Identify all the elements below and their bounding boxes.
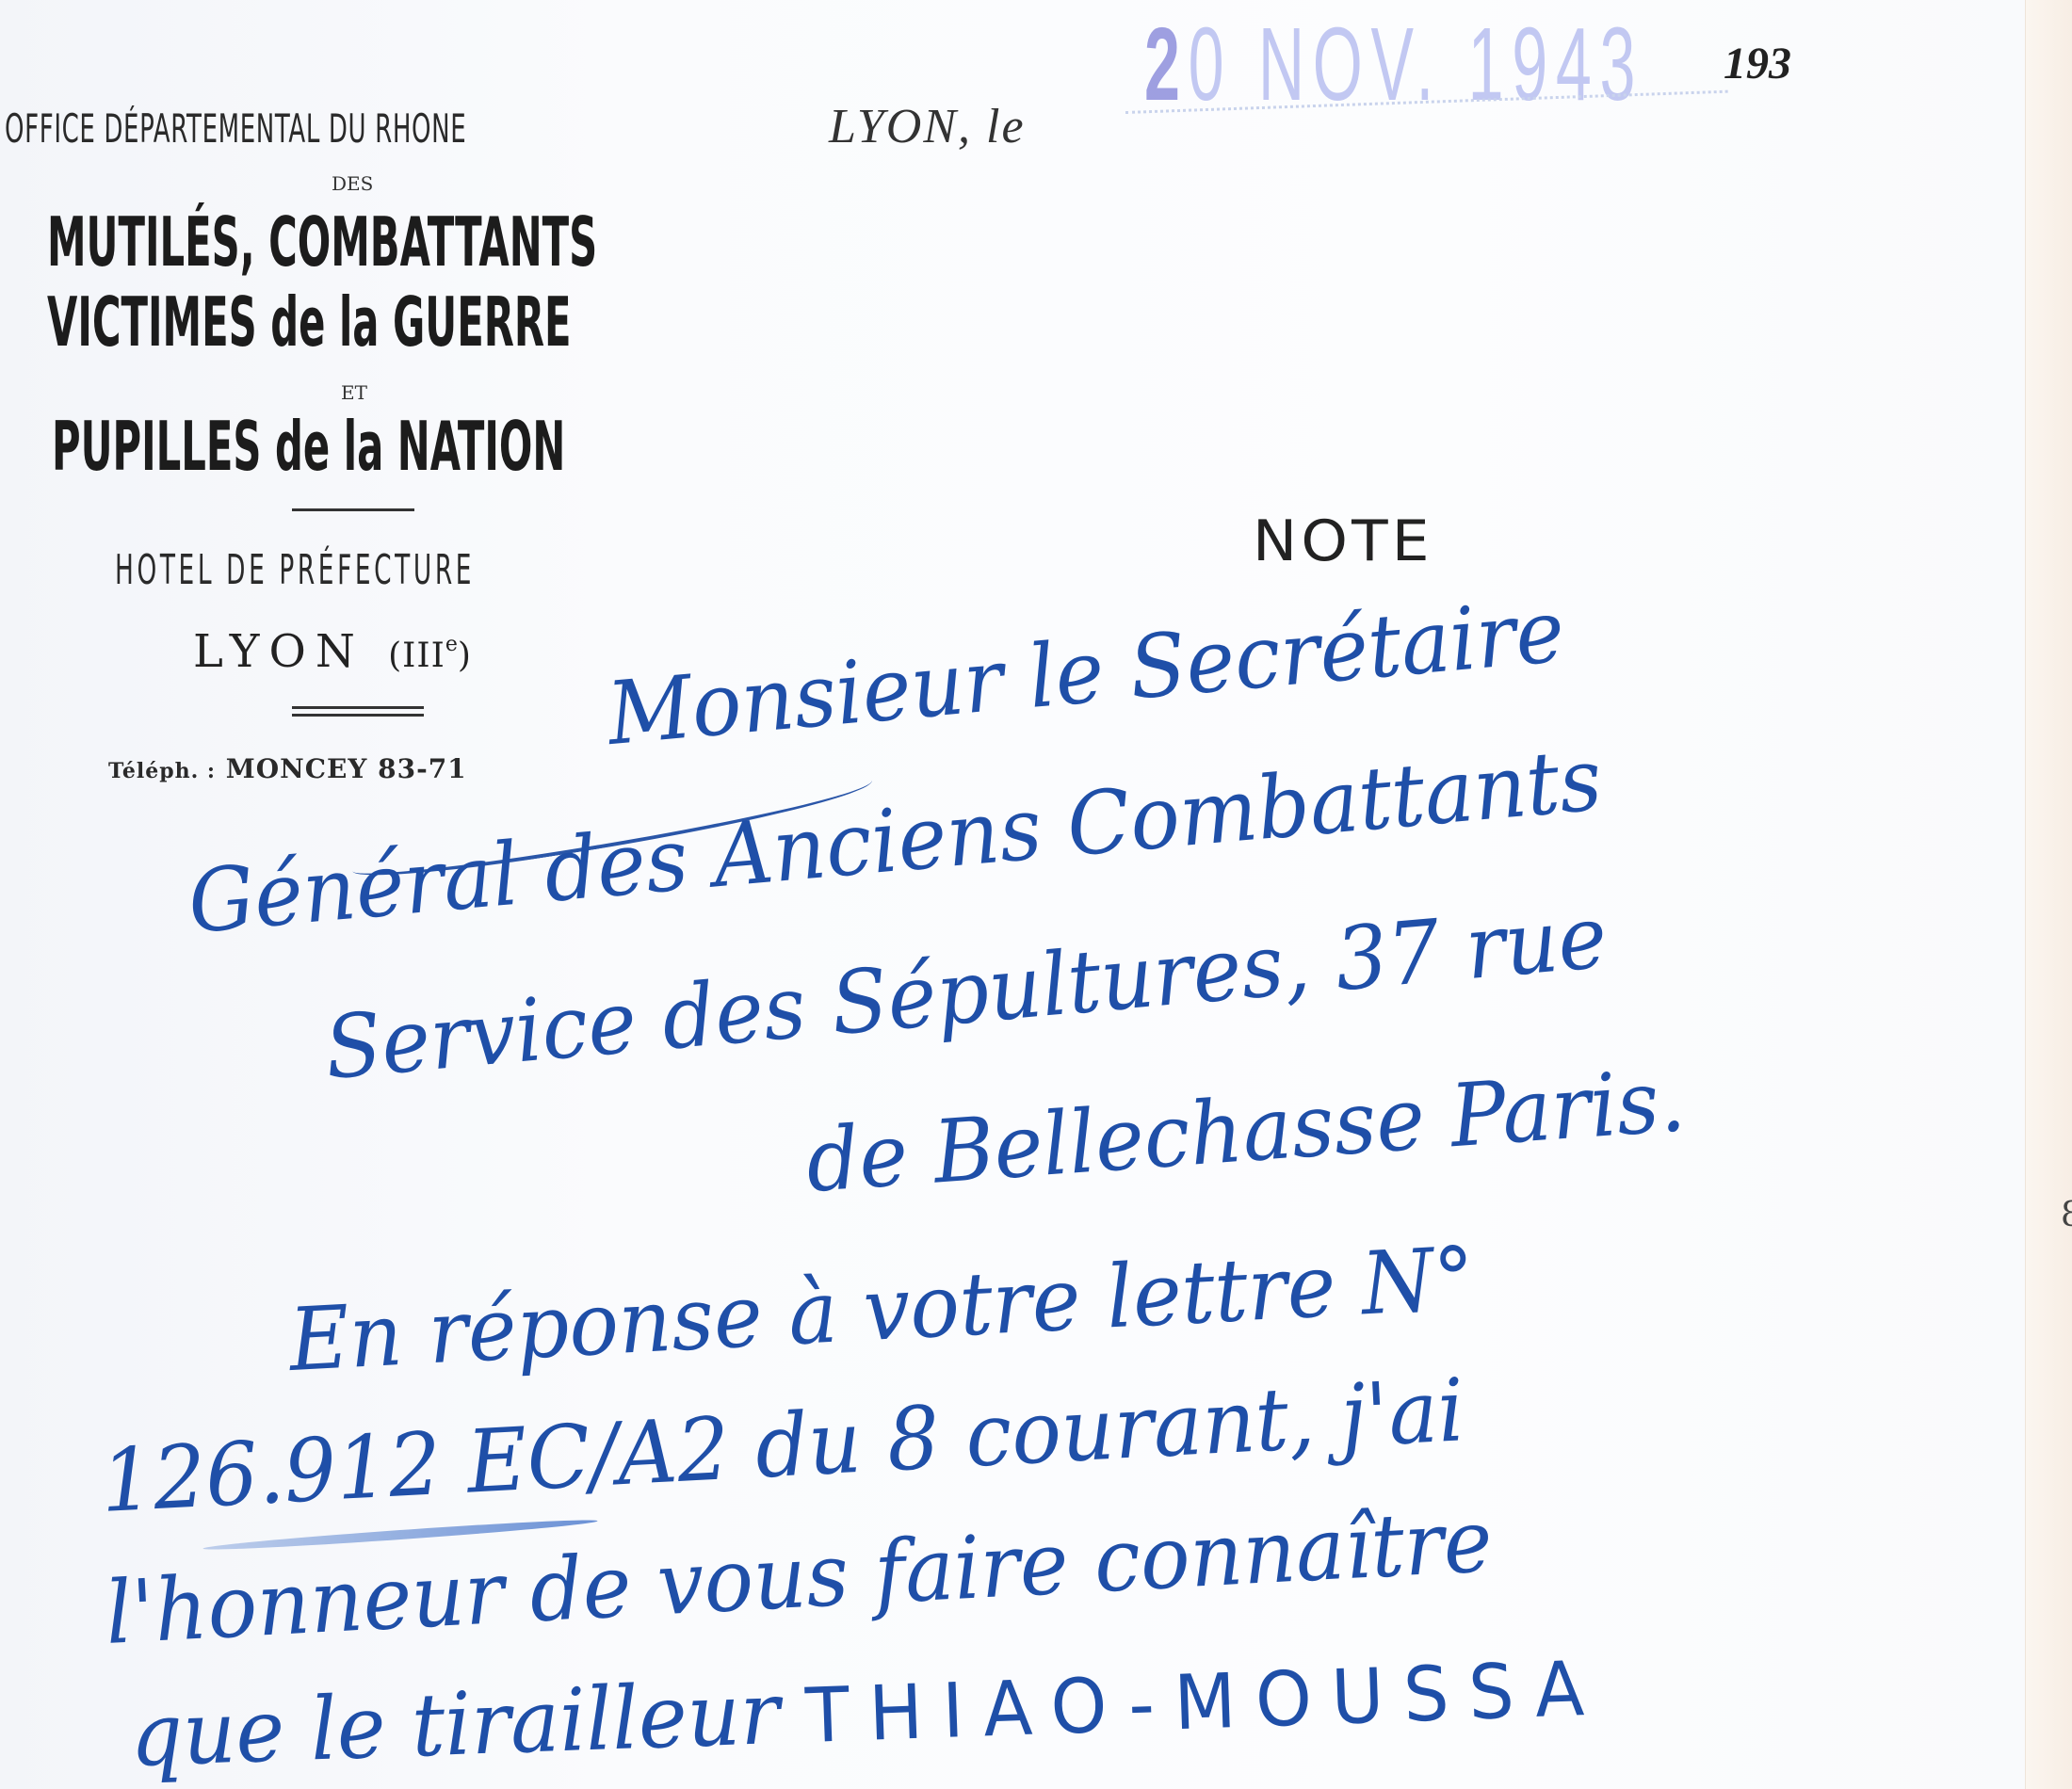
handwritten-line: de Bellechasse Paris. (803, 1050, 1689, 1212)
letterhead-arrondissement-sup: e (445, 633, 458, 656)
letterhead-city-name: LYON (193, 625, 364, 678)
document-page: OFFICE DÉPARTEMENTAL DU RHONE DES MUTILÉ… (0, 0, 2044, 1789)
handwritten-line: En réponse à votre lettre N° (286, 1228, 1477, 1391)
letterhead-arrondissement-close: ) (458, 637, 472, 675)
letterhead-des: DES (332, 172, 373, 195)
letterhead-line-victimes: VICTIMES de la GUERRE (47, 282, 572, 362)
edge-mark: 8 (2061, 1196, 2072, 1234)
letterhead-double-divider (292, 706, 424, 709)
date-stamp-rest: 0 NOV. 1943 (1189, 7, 1644, 122)
phone-label: Téléph. : (108, 759, 216, 783)
letterhead-et: ET (341, 381, 367, 404)
page-edge (2025, 0, 2072, 1789)
letterhead-address: HOTEL DE PRÉFECTURE (115, 546, 475, 594)
folio-number: 193 (1724, 38, 1791, 89)
letterhead-office: OFFICE DÉPARTEMENTAL DU RHONE (5, 105, 466, 152)
letterhead-phone: Téléph. : MONCEY 83-71 (108, 753, 467, 784)
letterhead-line-mutiles: MUTILÉS, COMBATTANTS (47, 202, 597, 282)
letterhead-line-pupilles: PUPILLES de la NATION (52, 407, 565, 486)
letterhead-city: LYON (IIIe) (193, 625, 472, 678)
letterhead-divider (292, 508, 414, 511)
date-stamp: 20 NOV. 1943 (1144, 5, 1643, 124)
phone-value: MONCEY 83-71 (226, 753, 467, 784)
letterhead-arrondissement: (III (388, 637, 445, 675)
soldier-name: THIAO-MOUSSA (804, 1644, 1605, 1760)
handwritten-line: Monsieur le Secrétaire (604, 581, 1568, 765)
date-stamp-first-digit: 2 (1144, 7, 1189, 122)
place-date-label: LYON, le (829, 99, 1026, 154)
handwritten-text: que le tirailleur (128, 1663, 781, 1786)
handwritten-line-last: que le tirailleur THIAO-MOUSSA (128, 1634, 1605, 1786)
document-title: NOTE (1253, 508, 1433, 574)
